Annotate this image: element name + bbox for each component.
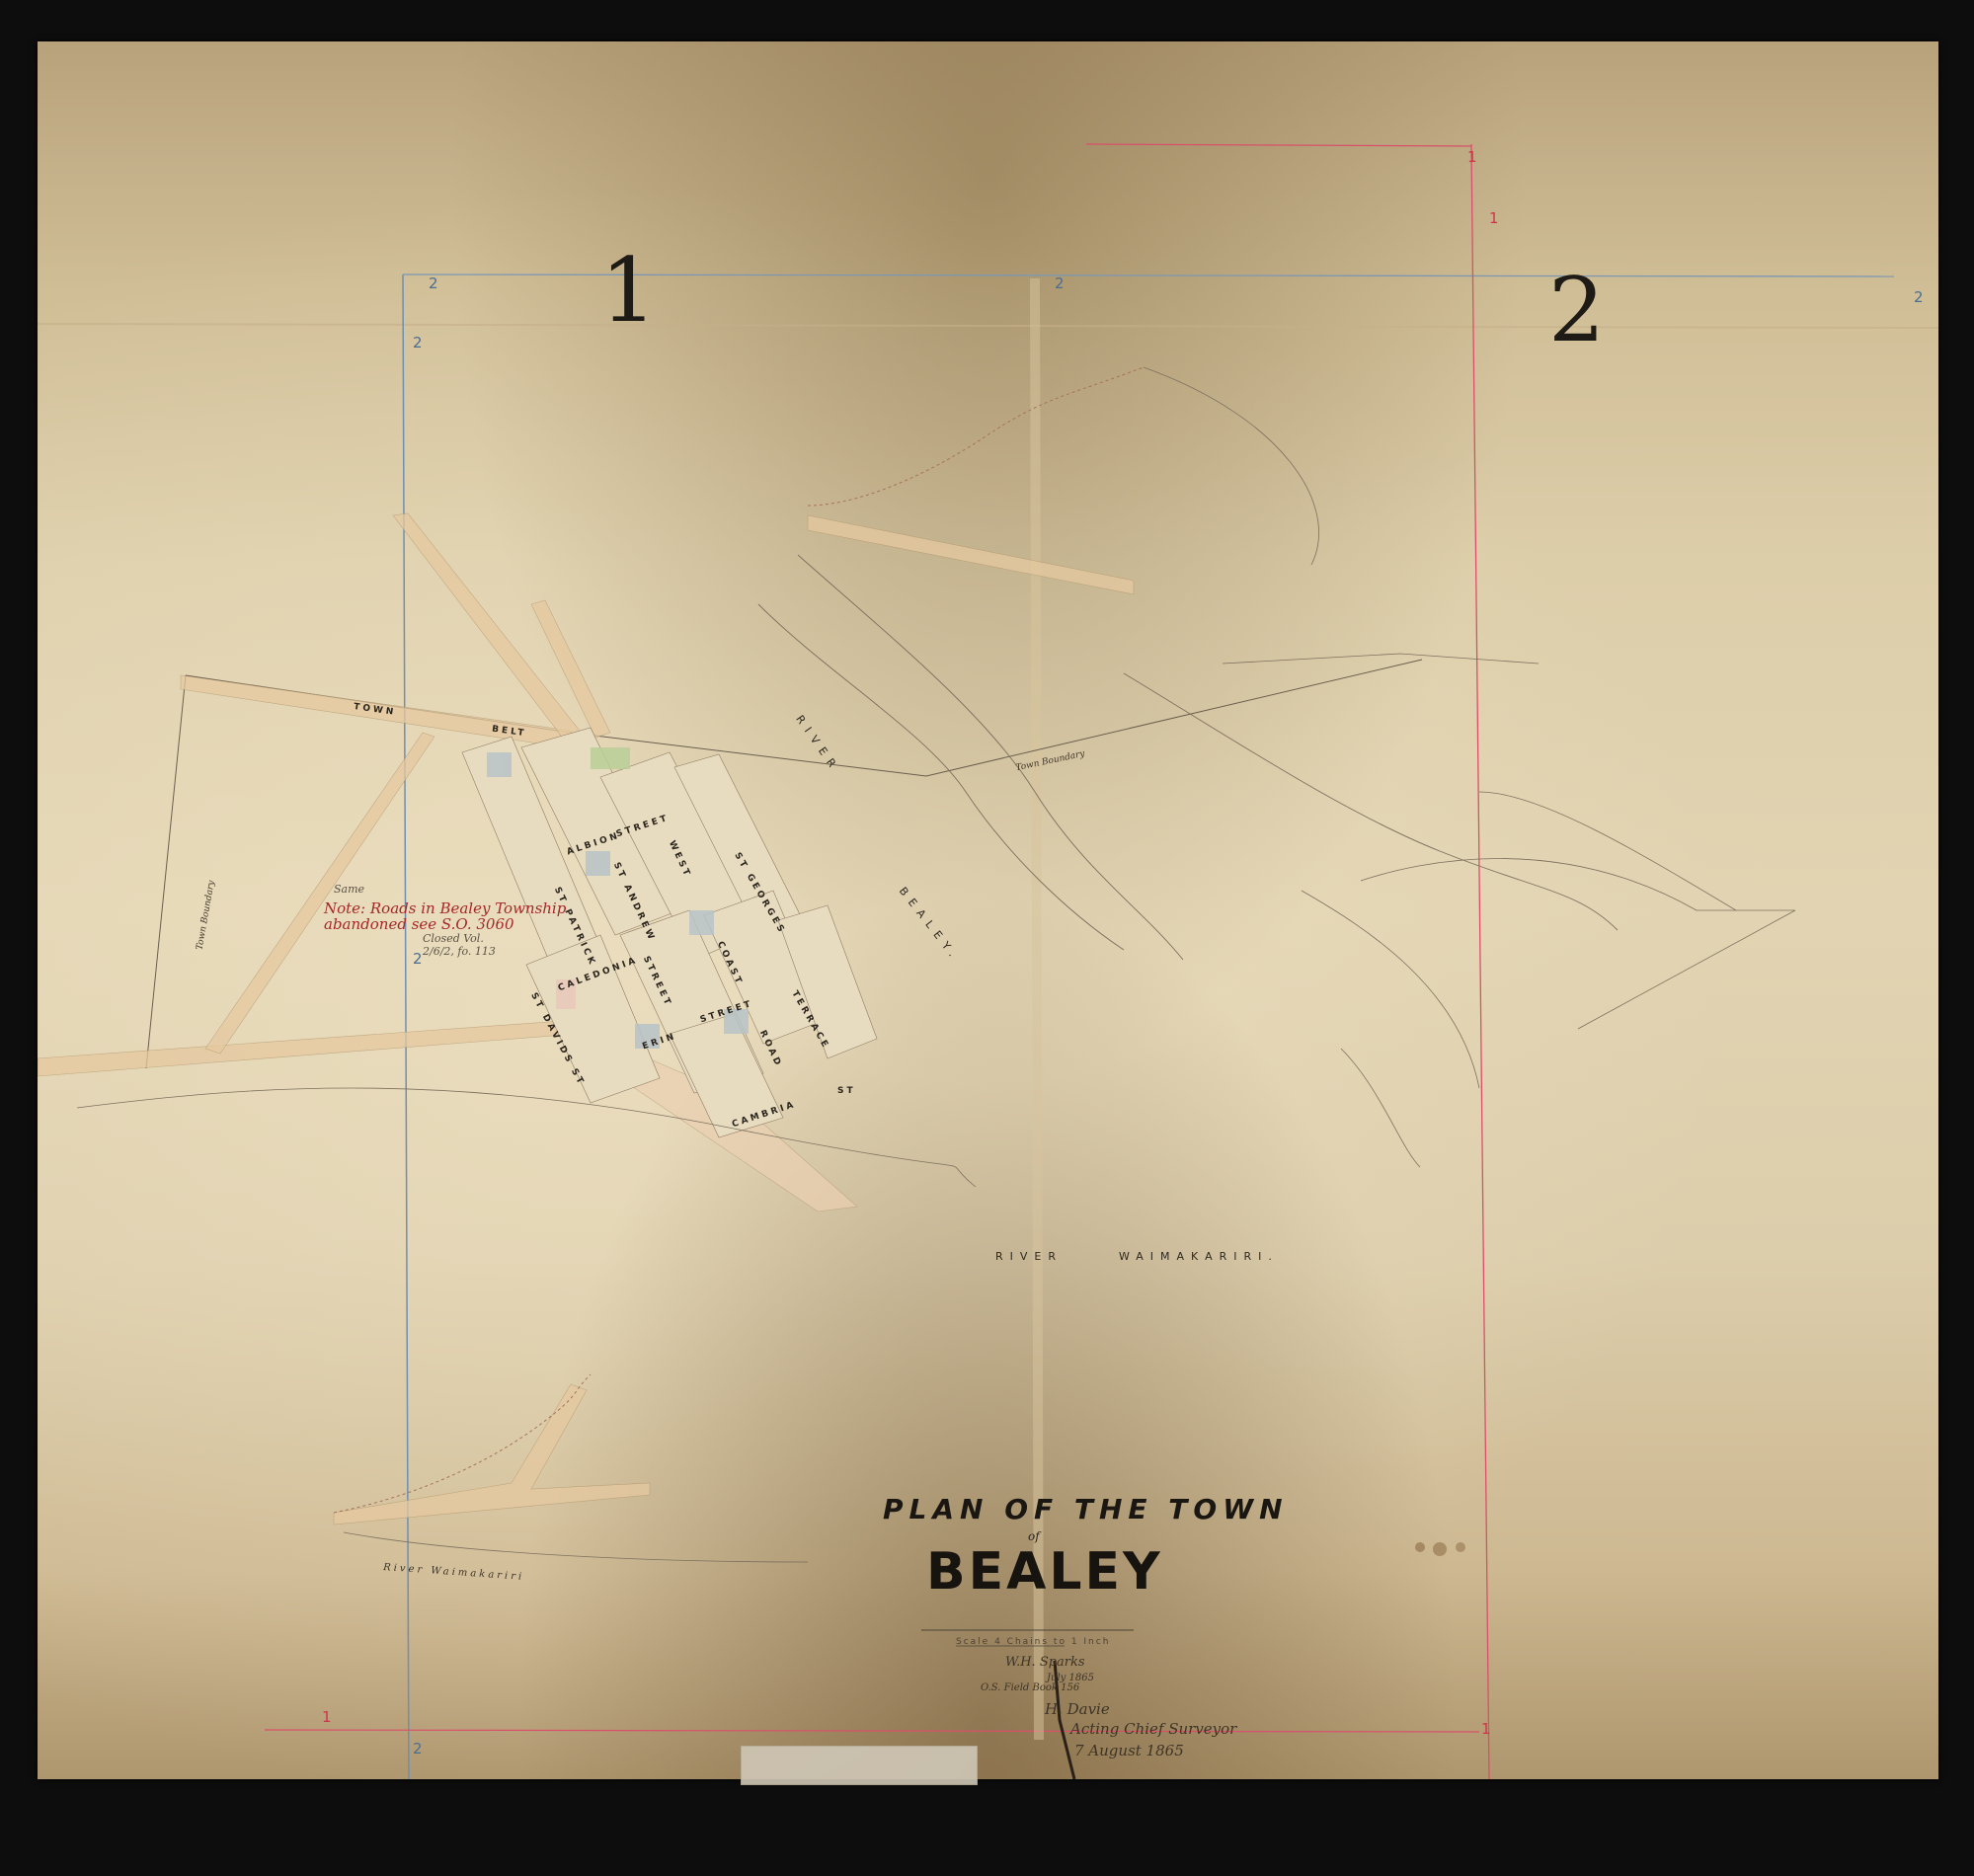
grid-mark-blue: 2 bbox=[1914, 288, 1924, 306]
note-prefix: Same bbox=[334, 883, 364, 896]
field-book: O.S. Field Book 156 bbox=[981, 1682, 1079, 1693]
closed-reference: Closed Vol. 2/6/2, fo. 113 bbox=[423, 932, 496, 958]
note-line: abandoned see S.O. 3060 bbox=[324, 916, 566, 932]
river-label-waimakariri: RIVER bbox=[995, 1250, 1063, 1263]
grid-mark-blue: 2 bbox=[413, 1740, 423, 1758]
grid-mark-blue: 2 bbox=[1055, 274, 1065, 292]
note-line: Note: Roads in Bealey Township bbox=[324, 900, 566, 916]
approval-date: 7 August 1865 bbox=[1074, 1742, 1184, 1759]
grid-mark-red: 1 bbox=[1481, 1720, 1491, 1738]
approval-title: Acting Chief Surveyor bbox=[1070, 1720, 1236, 1738]
sheet-number-1: 1 bbox=[600, 239, 657, 343]
grid-mark-red: 1 bbox=[322, 1708, 332, 1726]
map-scale: Scale 4 Chains to 1 Inch bbox=[956, 1637, 1110, 1647]
grid-mark-blue: 2 bbox=[413, 950, 423, 968]
map-title-line: PLAN OF THE TOWN bbox=[883, 1493, 1289, 1525]
abandoned-roads-note: Note: Roads in Bealey Township abandoned… bbox=[324, 900, 566, 932]
grid-mark-red: 1 bbox=[1489, 209, 1499, 227]
river-label-waimakariri: WAIMAKARIRI. bbox=[1119, 1250, 1279, 1263]
surveyor-signature: W.H. Sparks bbox=[1005, 1655, 1085, 1670]
closed-line: 2/6/2, fo. 113 bbox=[423, 945, 496, 958]
grid-mark-blue: 2 bbox=[429, 274, 438, 292]
grid-mark-red: 1 bbox=[1467, 148, 1477, 166]
sheet-number-2: 2 bbox=[1548, 259, 1605, 362]
map-title-of: of bbox=[1028, 1529, 1040, 1543]
grid-mark-blue: 2 bbox=[413, 334, 423, 352]
repair-tape bbox=[741, 1746, 978, 1785]
map-title: BEALEY bbox=[926, 1542, 1163, 1602]
approval-signature: H. Davie bbox=[1045, 1700, 1110, 1718]
map-sheet: 1 2 2 2 2 2 2 2 1 1 1 1 PLAN OF THE TOWN… bbox=[38, 41, 1938, 1779]
street-label: ST bbox=[837, 1086, 856, 1096]
closed-line: Closed Vol. bbox=[423, 932, 496, 945]
